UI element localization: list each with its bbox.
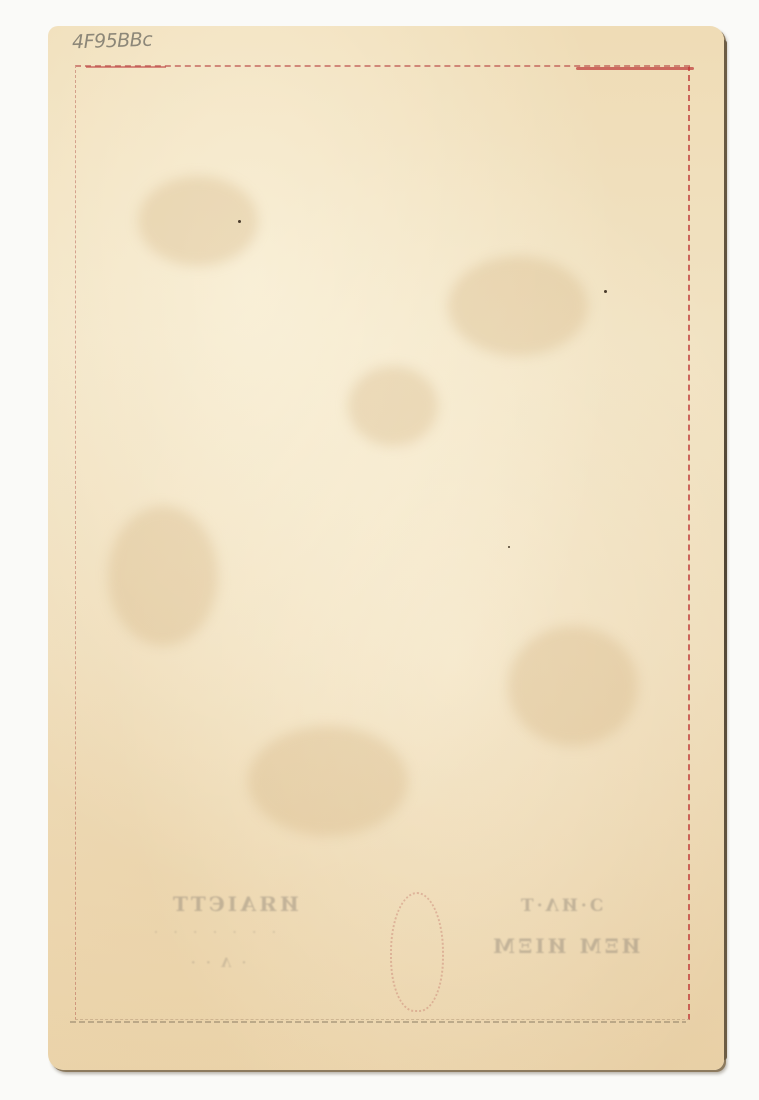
border-accent-top-left xyxy=(86,66,166,68)
imprint-left-line-1: ИЯАІЄΤТ xyxy=(170,892,299,916)
dust-speck xyxy=(508,546,510,548)
age-stain xyxy=(248,726,408,836)
handwritten-inventory-note: 4F95BBc xyxy=(72,29,153,54)
imprint-right-line-2: ИΞΜ ИΙΞΜ xyxy=(490,934,641,958)
age-stain xyxy=(448,256,588,356)
imprint-right-line-1: Ɔ·ИΛ·T xyxy=(518,896,603,916)
dust-speck xyxy=(238,220,241,223)
bottom-printed-rule xyxy=(70,1021,686,1023)
age-stain xyxy=(348,366,438,446)
imprint-emblem xyxy=(390,892,444,1012)
offset-studio-imprint: ИЯАІЄΤТ · · · · · · · · Λ · · Ɔ·ИΛ·T ИΞΜ… xyxy=(88,892,688,1012)
scan-background: 4F95BBc ИЯАІЄΤТ · · · · · · · · Λ · · Ɔ·… xyxy=(0,0,759,1100)
age-stain xyxy=(508,626,638,746)
imprint-left-line-3: · Λ · · xyxy=(188,956,246,971)
border-accent-top-right xyxy=(576,67,694,70)
age-stain xyxy=(108,506,218,646)
imprint-left-line-2: · · · · · · · xyxy=(148,926,276,939)
cabinet-card-back: 4F95BBc ИЯАІЄΤТ · · · · · · · · Λ · · Ɔ·… xyxy=(48,26,724,1070)
dust-speck xyxy=(604,290,607,293)
